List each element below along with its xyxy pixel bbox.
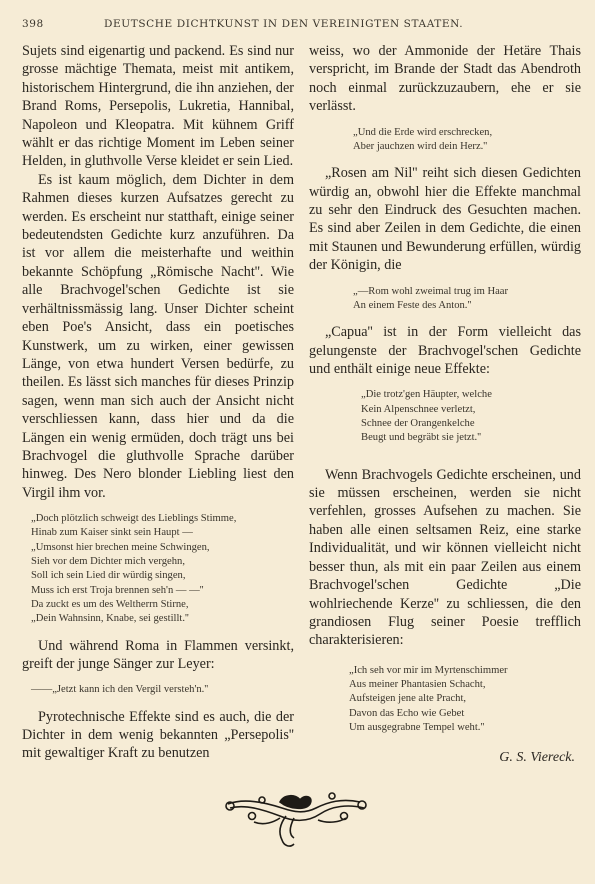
paragraph: „Capua'' ist in der Form vielleicht das … (309, 323, 581, 378)
author-signature: G. S. Viereck. (309, 749, 581, 767)
paragraph: Pyrotechnische Effekte sind es auch, die… (22, 708, 294, 763)
verse-quote: „—Rom wohl zweimal trug im Haar An einem… (309, 285, 581, 314)
paragraph: „Rosen am Nil'' reiht sich diesen Gedich… (309, 164, 581, 274)
verse-line: Schnee der Orangenkelche (361, 417, 581, 431)
verse-line: „Die trotz'gen Häupter, welche (361, 388, 581, 402)
verse-line: Muss ich erst Troja brennen seh'n — —'' (31, 584, 294, 598)
verse-line: „Doch plötzlich schweigt des Lieblings S… (31, 512, 294, 526)
verse-line: „Dein Wahnsinn, Knabe, sei gestillt.'' (31, 612, 294, 626)
verse-line: Davon das Echo wie Gebet (349, 707, 581, 721)
verse-line: „Ich seh vor mir im Myrtenschimmer (349, 664, 581, 678)
verse-line: An einem Feste des Anton.'' (353, 299, 581, 313)
verse-line: „Umsonst hier brechen meine Schwingen, (31, 541, 294, 555)
left-column: Sujets sind eigenartig und packend. Es s… (22, 42, 294, 763)
verse-line: Aus meiner Phantasien Schacht, (349, 678, 581, 692)
verse-line: Aber jauchzen wird dein Herz.'' (353, 140, 581, 154)
verse-quote: „Die trotz'gen Häupter, welche Kein Alpe… (309, 388, 581, 445)
floral-scroll-ornament-icon (224, 792, 370, 854)
verse-quote: „Und die Erde wird erschrecken, Aber jau… (309, 126, 581, 155)
verse-line: Um ausgegrabne Tempel weht.'' (349, 721, 581, 735)
verse-line: Aufsteigen jene alte Pracht, (349, 692, 581, 706)
running-head: 398 DEUTSCHE DICHTKUNST IN DEN VEREINIGT… (22, 18, 573, 32)
paragraph: Wenn Brachvogels Gedichte erscheinen, un… (309, 466, 581, 650)
verse-line: ——„Jetzt kann ich den Vergil versteh'n.'… (31, 683, 294, 697)
running-title: DEUTSCHE DICHTKUNST IN DEN VEREINIGTEN S… (104, 18, 463, 30)
page-number: 398 (22, 18, 44, 30)
verse-line: Kein Alpenschnee verletzt, (361, 403, 581, 417)
right-column: weiss, wo der Ammonide der Hetäre Thais … (309, 42, 581, 768)
verse-line: Da zuckt es um des Weltherrn Stirne, (31, 598, 294, 612)
paragraph: Es ist kaum möglich, dem Dichter in dem … (22, 171, 294, 502)
verse-line: Sieh vor dem Dichter mich vergehn, (31, 555, 294, 569)
paragraph: weiss, wo der Ammonide der Hetäre Thais … (309, 42, 581, 116)
paragraph: Und während Roma in Flammen versinkt, gr… (22, 637, 294, 674)
verse-quote: ——„Jetzt kann ich den Vergil versteh'n.'… (22, 683, 294, 697)
paragraph: Sujets sind eigenartig und packend. Es s… (22, 42, 294, 171)
verse-quote: „Ich seh vor mir im Myrtenschimmer Aus m… (309, 664, 581, 735)
verse-line: Beugt und begräbt sie jetzt.'' (361, 431, 581, 445)
verse-line: „—Rom wohl zweimal trug im Haar (353, 285, 581, 299)
verse-quote: „Doch plötzlich schweigt des Lieblings S… (22, 512, 294, 626)
verse-line: Soll ich sein Lied dir würdig singen, (31, 569, 294, 583)
verse-line: „Und die Erde wird erschrecken, (353, 126, 581, 140)
verse-line: Hinab zum Kaiser sinkt sein Haupt — (31, 526, 294, 540)
